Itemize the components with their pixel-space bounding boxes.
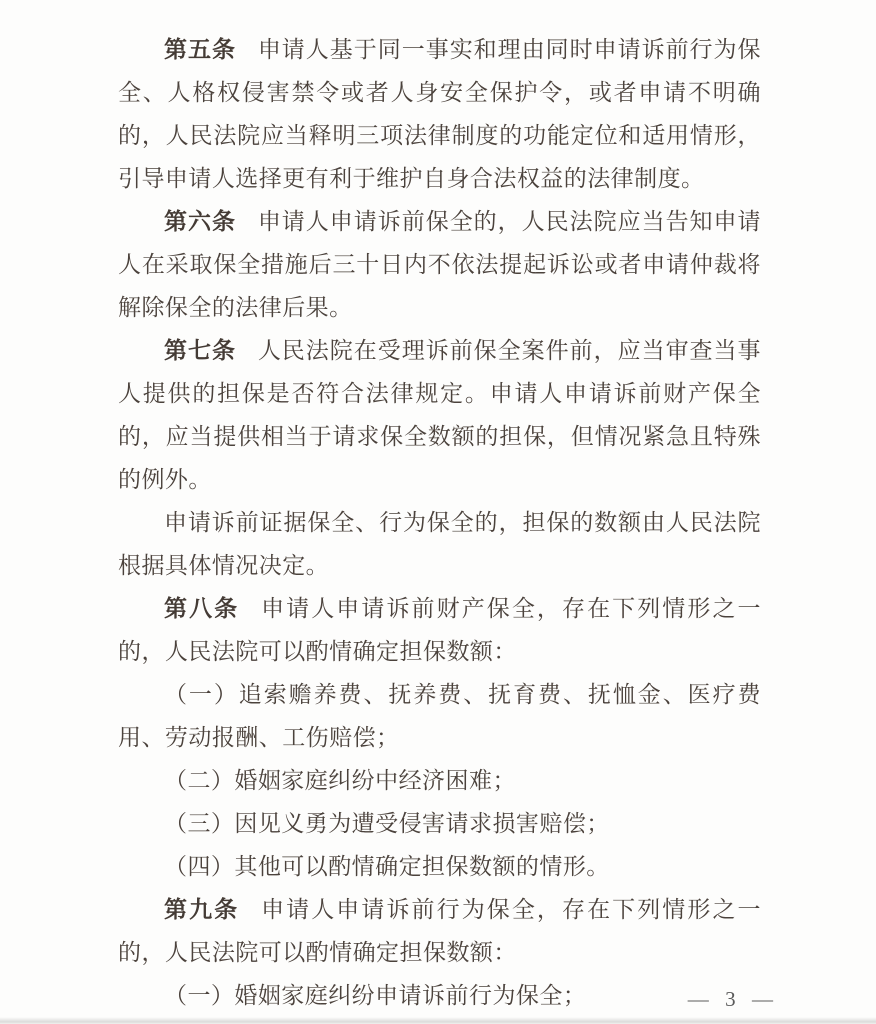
article-number-label: 第五条 xyxy=(164,36,236,62)
list-item-4: （四）其他可以酌情确定担保数额的情形。 xyxy=(118,845,761,888)
list-item-text: （一）追索赡养费、抚养费、抚育费、抚恤金、医疗费用、劳动报酬、工伤赔偿； xyxy=(118,682,761,750)
article-paragraph-8: 第八条申请人申请诉前财产保全，存在下列情形之一的，人民法院可以酌情确定担保数额： xyxy=(118,587,761,673)
list-item-2: （二）婚姻家庭纠纷中经济困难； xyxy=(118,759,761,802)
page-number: — 3 — xyxy=(688,986,774,1012)
document-text-block: 第五条申请人基于同一事实和理由同时申请诉前行为保全、人格权侵害禁令或者人身安全保… xyxy=(118,28,761,1017)
list-item-3: （三）因见义勇为遭受侵害请求损害赔偿； xyxy=(118,802,761,845)
article-paragraph-6: 第六条申请人申请诉前保全的，人民法院应当告知申请人在采取保全措施后三十日内不依法… xyxy=(118,200,761,329)
list-item-1: （一）追索赡养费、抚养费、抚育费、抚恤金、医疗费用、劳动报酬、工伤赔偿； xyxy=(118,673,761,759)
list-item-text: （一）婚姻家庭纠纷申请诉前行为保全； xyxy=(164,983,586,1008)
article-number-label: 第九条 xyxy=(164,896,239,922)
list-item-5: （一）婚姻家庭纠纷申请诉前行为保全； xyxy=(118,974,761,1017)
paragraph-text: 申请诉前证据保全、行为保全的，担保的数额由人民法院根据具体情况决定。 xyxy=(118,510,761,578)
list-item-text: （二）婚姻家庭纠纷中经济困难； xyxy=(164,768,516,793)
scan-edge-shadow xyxy=(0,1017,876,1024)
list-item-text: （四）其他可以酌情确定担保数额的情形。 xyxy=(164,854,610,879)
article-paragraph-9: 第九条申请人申请诉前行为保全，存在下列情形之一的，人民法院可以酌情确定担保数额： xyxy=(118,888,761,974)
article-number-label: 第七条 xyxy=(164,337,236,363)
article-number-label: 第八条 xyxy=(164,595,239,621)
article-number-label: 第六条 xyxy=(164,208,236,234)
article-paragraph-5: 第五条申请人基于同一事实和理由同时申请诉前行为保全、人格权侵害禁令或者人身安全保… xyxy=(118,28,761,200)
list-item-text: （三）因见义勇为遭受侵害请求损害赔偿； xyxy=(164,811,610,836)
article-paragraph-7: 第七条人民法院在受理诉前保全案件前，应当审查当事人提供的担保是否符合法律规定。申… xyxy=(118,329,761,501)
continuation-paragraph: 申请诉前证据保全、行为保全的，担保的数额由人民法院根据具体情况决定。 xyxy=(118,501,761,587)
scanned-document-page: 第五条申请人基于同一事实和理由同时申请诉前行为保全、人格权侵害禁令或者人身安全保… xyxy=(0,0,876,1024)
